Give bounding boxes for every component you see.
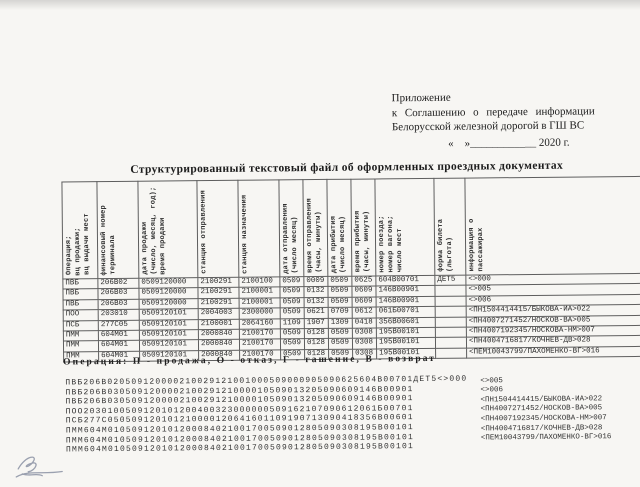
column-header-lines: время отправления(часы, минуты) (303, 182, 327, 276)
column-header-text: номер вагона; (387, 215, 396, 272)
cell-departure-date: 0509 (280, 277, 304, 288)
cell-departure-time: 1907 (304, 318, 328, 329)
column-header-lines: дата продажи(число, месяц, год);время пр… (138, 183, 197, 278)
cell-arrival-date: 0509 (328, 287, 352, 298)
cell-arrival-time: 0308 (352, 328, 376, 339)
table-header: Операция;вц продажи;вц выдачи местфинанс… (62, 176, 640, 279)
column-header-train-car-seats: номер поезда;номер вагона;число мест (375, 178, 435, 276)
cell-arrival-time: 0418 (352, 318, 376, 329)
cell-operation: ПММ (63, 341, 98, 352)
raw-records-block: ПВБ206В020509120000210029121001000509000… (65, 366, 640, 448)
column-header-lines: номер поезда;номер вагона;число мест (375, 181, 434, 276)
cell-terminal-number: 206В02 (98, 278, 139, 289)
cell-departure-time: 0128 (304, 339, 328, 350)
column-header-text: (число месяц) (291, 216, 300, 273)
cell-departure-date: 0509 (280, 297, 304, 308)
column-header-text: номер поезда; (378, 215, 387, 272)
cell-terminal-number: 604М01 (98, 341, 139, 352)
cell-sale-date-time: 0509120101 (139, 340, 198, 351)
cell-departure-station: 2000840 (198, 340, 239, 351)
column-header-lines: станция отправления (197, 183, 238, 277)
column-header-text: станция назначения (241, 194, 250, 273)
cell-departure-station: 2100291 (198, 298, 239, 309)
cell-sale-date-time: 0509120000 (139, 278, 198, 289)
column-header-lines: Операция;вц продажи;вц выдачи мест (62, 184, 97, 278)
cell-terminal-number: 604М01 (98, 330, 139, 341)
column-header-arrival-date: дата прибытия(число месяц) (327, 179, 352, 276)
column-header-text: (число, месяц, год); (149, 187, 158, 275)
cell-train-car-seats: 195В00101 (376, 338, 435, 349)
travel-documents-table: Операция;вц продажи;вц выдачи местфинанс… (61, 176, 640, 363)
column-header-destination-station: станция назначения (238, 180, 280, 277)
column-header-text: (число месяц) (339, 216, 348, 273)
column-header-lines: информация опассажирах (465, 179, 640, 275)
cell-departure-time: 0009 (304, 276, 328, 287)
cell-terminal-number: 203010 (98, 309, 139, 320)
column-header-departure-time: время отправления(часы, минуты) (303, 179, 328, 276)
column-header-terminal-number: финансовый номертерминала (97, 181, 139, 278)
cell-operation: ПММ (63, 331, 98, 342)
column-header-text: дата прибытия (330, 216, 339, 273)
column-header-text: информация о (468, 219, 477, 272)
cell-destination-station: 2100001 (239, 298, 280, 309)
cell-sale-date-time: 0509120101 (139, 330, 198, 341)
handwritten-signature-icon (12, 448, 70, 483)
column-header-text: вц выдачи мест (83, 214, 92, 276)
appendix-line-3: Белорусской железной дорогой в ГШ ВС (392, 118, 637, 135)
cell-destination-station: 2100100 (239, 277, 280, 288)
cell-ticket-form (435, 306, 466, 317)
column-header-text: (льгота) (446, 236, 454, 271)
cell-ticket-form: ДЕТ5 (435, 275, 466, 286)
cell-destination-station: 2100170 (239, 329, 280, 340)
cell-arrival-date: 0709 (328, 307, 352, 318)
column-header-text: дата отправления (282, 203, 291, 273)
cell-departure-station: 2000840 (198, 329, 239, 340)
column-header-departure-station: станция отправления (197, 180, 239, 277)
cell-departure-date: 0509 (280, 308, 304, 319)
date-blank-line: « »____________ 2020 г. (392, 134, 637, 151)
raw-record-passenger-info: <>005 (480, 377, 503, 385)
raw-record-left: ПММ604М010509120101200084021001700509012… (66, 442, 414, 454)
cell-departure-date: 0509 (280, 339, 304, 350)
column-header-text: пассажирах (477, 227, 485, 271)
cell-arrival-date: 0509 (328, 328, 352, 339)
column-header-departure-date: дата отправления(число месяц) (279, 180, 304, 277)
cell-arrival-time: 0625 (352, 276, 376, 287)
raw-record-passenger-info: <ПЕМ10043799/ПАХОМЕНКО-ВГ>016 (481, 433, 612, 442)
cell-operation: ПОО (63, 310, 98, 321)
cell-destination-station: 2100001 (239, 287, 280, 298)
column-header-text: вц продажи; (74, 227, 82, 275)
cell-arrival-date: 1309 (328, 318, 352, 329)
column-header-lines: форма билета(льгота) (434, 181, 465, 275)
raw-record-passenger-info: <ПН1504414415/БЫКОВА-ИА>022 (481, 395, 603, 404)
column-header-text: время продажи (159, 217, 168, 274)
column-header-text: станция отправления (200, 190, 209, 274)
cell-ticket-form (435, 286, 466, 297)
cell-train-car-seats: 061Б00701 (376, 307, 435, 318)
column-header-lines: время прибытия(часы, минуты) (351, 181, 375, 275)
column-header-text: (часы, минуты) (363, 211, 372, 273)
cell-train-car-seats: 146В00901 (376, 296, 435, 307)
cell-departure-date: 0509 (280, 287, 304, 298)
cell-arrival-date: 0509 (328, 339, 352, 350)
cell-sale-date-time: 0509120000 (139, 288, 198, 299)
cell-operation: ПВБ (63, 299, 98, 310)
column-header-text: терминала (109, 235, 117, 275)
cell-train-car-seats: 604В00701 (376, 275, 435, 286)
cell-train-car-seats: 146В00901 (376, 286, 435, 297)
cell-ticket-form (435, 317, 466, 328)
cell-departure-time: 0621 (304, 308, 328, 319)
column-header-text: форма билета (437, 219, 446, 272)
column-header-text: время прибытия (354, 211, 363, 273)
raw-record-passenger-info: <ПН4007271452/НОСКОВ-ВА>005 (481, 405, 603, 414)
cell-departure-station: 2004003 (198, 308, 239, 319)
column-header-text: Операция; (65, 236, 73, 276)
cell-train-car-seats: 195В00101 (376, 327, 435, 338)
raw-record-passenger-info: <>006 (480, 386, 503, 394)
scanned-page: Приложение к Соглашению о передаче инфор… (0, 0, 640, 487)
column-header-lines: станция назначения (238, 182, 279, 276)
cell-ticket-form (436, 348, 467, 359)
column-header-text: (часы, минуты) (315, 211, 324, 273)
cell-destination-station: 2064160 (239, 319, 280, 330)
column-header-text: время отправления (306, 198, 315, 273)
column-header-text: число мест (396, 228, 404, 272)
cell-arrival-time: 0609 (352, 297, 376, 308)
column-header-passenger-info: информация опассажирах (465, 176, 640, 275)
cell-departure-date: 0509 (280, 329, 304, 340)
column-header-lines: финансовый номертерминала (97, 184, 138, 278)
column-header-text: дата продажи (141, 222, 150, 275)
cell-passenger-info: <ПЕМ10043799/ПАХОМЕНКО-ВГ>016 (467, 346, 640, 358)
cell-terminal-number: 206В03 (98, 289, 139, 300)
appendix-header: Приложение к Соглашению о передаче инфор… (392, 89, 638, 151)
cell-departure-time: 0132 (304, 297, 328, 308)
cell-terminal-number: 206В03 (98, 299, 139, 310)
column-header-sale-date-time: дата продажи(число, месяц, год);время пр… (138, 181, 198, 279)
cell-destination-station: 2100170 (239, 339, 280, 350)
cell-train-car-seats: 356В00601 (376, 317, 435, 328)
cell-arrival-date: 0509 (328, 276, 352, 287)
cell-departure-station: 2100001 (198, 319, 239, 330)
cell-departure-time: 0128 (304, 328, 328, 339)
column-header-operation: Операция;вц продажи;вц выдачи мест (62, 182, 98, 279)
cell-sale-date-time: 0509120101 (139, 309, 198, 320)
cell-ticket-form (435, 338, 466, 349)
cell-departure-station: 2100291 (198, 277, 239, 288)
cell-departure-date: 1109 (280, 318, 304, 329)
cell-sale-date-time: 0509120000 (139, 298, 198, 309)
cell-arrival-date: 0509 (328, 297, 352, 308)
cell-operation: ПВБ (63, 289, 98, 300)
cell-departure-station: 2100291 (198, 288, 239, 299)
cell-destination-station: 2300000 (239, 308, 280, 319)
column-header-lines: дата прибытия(число месяц) (327, 182, 351, 276)
cell-operation: ПВБ (63, 279, 98, 290)
column-header-ticket-form: форма билета(льгота) (434, 178, 466, 275)
cell-ticket-form (435, 327, 466, 338)
cell-arrival-time: 0308 (352, 338, 376, 349)
cell-arrival-time: 0612 (352, 307, 376, 318)
cell-terminal-number: 277С05 (98, 320, 139, 331)
cell-departure-time: 0132 (304, 287, 328, 298)
column-header-text: финансовый номер (100, 205, 109, 275)
column-header-arrival-time: время прибытия(часы, минуты) (351, 179, 376, 276)
raw-record-passenger-info: <ПН4004716817/КОЧНЕВ-ДВ>028 (481, 424, 603, 433)
column-header-lines: дата отправления(число месяц) (279, 182, 303, 276)
table-header-row: Операция;вц продажи;вц выдачи местфинанс… (62, 176, 640, 279)
page-title: Структурированный текстовый файл об офор… (130, 160, 563, 176)
table-body: ПВБ206В020509120000210029121001000509000… (63, 273, 640, 362)
cell-ticket-form (435, 296, 466, 307)
cell-arrival-time: 0609 (352, 286, 376, 297)
cell-operation: ПСБ (63, 320, 98, 331)
cell-sale-date-time: 0509120101 (139, 319, 198, 330)
raw-record-passenger-info: <ПН4007192345/НОСКОВА-НМ>007 (481, 414, 607, 423)
